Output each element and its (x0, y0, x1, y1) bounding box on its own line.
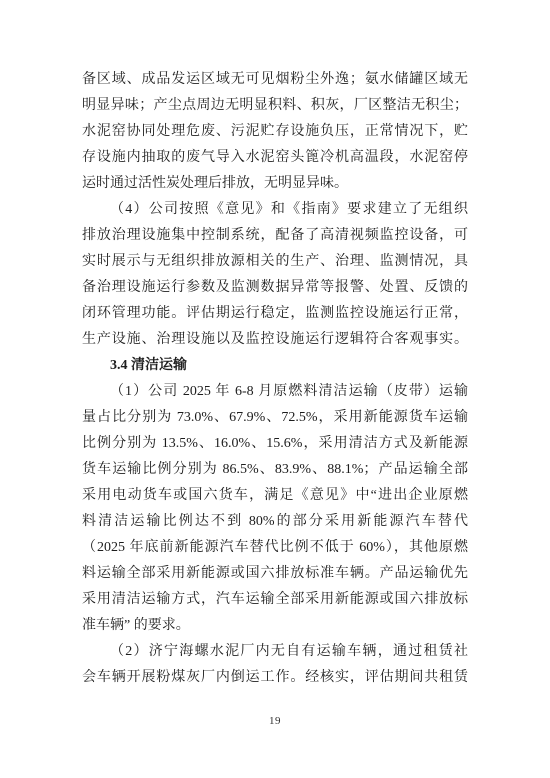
document-page: 备区域、成品发运区域无可见烟粉尘外逸；氨水储罐区域无 明显异味；产尘点周边无明显… (0, 0, 550, 778)
text-line: 备区域、成品发运区域无可见烟粉尘外逸；氨水储罐区域无 (82, 67, 468, 93)
text-line: 料运输全部采用新能源或国六排放标准车辆。产品运输优先 (82, 561, 468, 587)
text-line: 采用清洁运输方式，汽车运输全部采用新能源或国六排放标 (82, 587, 468, 613)
text-line: 水泥窑协同处理危废、污泥贮存设施负压，正常情况下，贮 (82, 119, 468, 145)
text-line: 量占比分别为 73.0%、67.9%、72.5%，采用新能源货车运输 (82, 405, 468, 431)
text-line: 明显异味；产尘点周边无明显积料、积灰，厂区整洁无积尘； (82, 93, 468, 119)
page-number: 19 (0, 715, 550, 727)
text-block: 备区域、成品发运区域无可见烟粉尘外逸；氨水储罐区域无 明显异味；产尘点周边无明显… (82, 67, 468, 691)
text-line: 排放治理设施集中控制系统，配备了高清视频监控设备，可 (82, 223, 468, 249)
text-line: （1）公司 2025 年 6-8 月原燃料清洁运输（皮带）运输 (82, 379, 468, 405)
text-line: 料清洁运输比例达不到 80%的部分采用新能源汽车替代 (82, 509, 468, 535)
text-line: （2025 年底前新能源汽车替代比例不低于 60%），其他原燃 (82, 535, 468, 561)
text-line: 备治理设施运行参数及监测数据异常等报警、处置、反馈的 (82, 275, 468, 301)
text-line: 会车辆开展粉煤灰厂内倒运工作。经核实，评估期间共租赁 (82, 665, 468, 691)
text-line: 存设施内抽取的废气导入水泥窑头篦冷机高温段，水泥窑停 (82, 145, 468, 171)
text-line: （4）公司按照《意见》和《指南》要求建立了无组织 (82, 197, 468, 223)
text-line: 实时展示与无组织排放源相关的生产、治理、监测情况，具 (82, 249, 468, 275)
text-line: 采用电动货车或国六货车，满足《意见》中“进出企业原燃 (82, 483, 468, 509)
text-line: （2）济宁海螺水泥厂内无自有运输车辆，通过租赁社 (82, 639, 468, 665)
text-line: 比例分别为 13.5%、16.0%、15.6%，采用清洁方式及新能源 (82, 431, 468, 457)
text-line: 准车辆” 的要求。 (82, 613, 468, 639)
text-line: 生产设施、治理设施以及监控设施运行逻辑符合客观事实。 (82, 327, 468, 353)
text-line: 闭环管理功能。评估期运行稳定，监测监控设施运行正常， (82, 301, 468, 327)
text-line: 货车运输比例分别为 86.5%、83.9%、88.1%；产品运输全部 (82, 457, 468, 483)
text-line: 运时通过活性炭处理后排放，无明显异味。 (82, 171, 468, 197)
section-heading: 3.4 清洁运输 (82, 353, 468, 379)
